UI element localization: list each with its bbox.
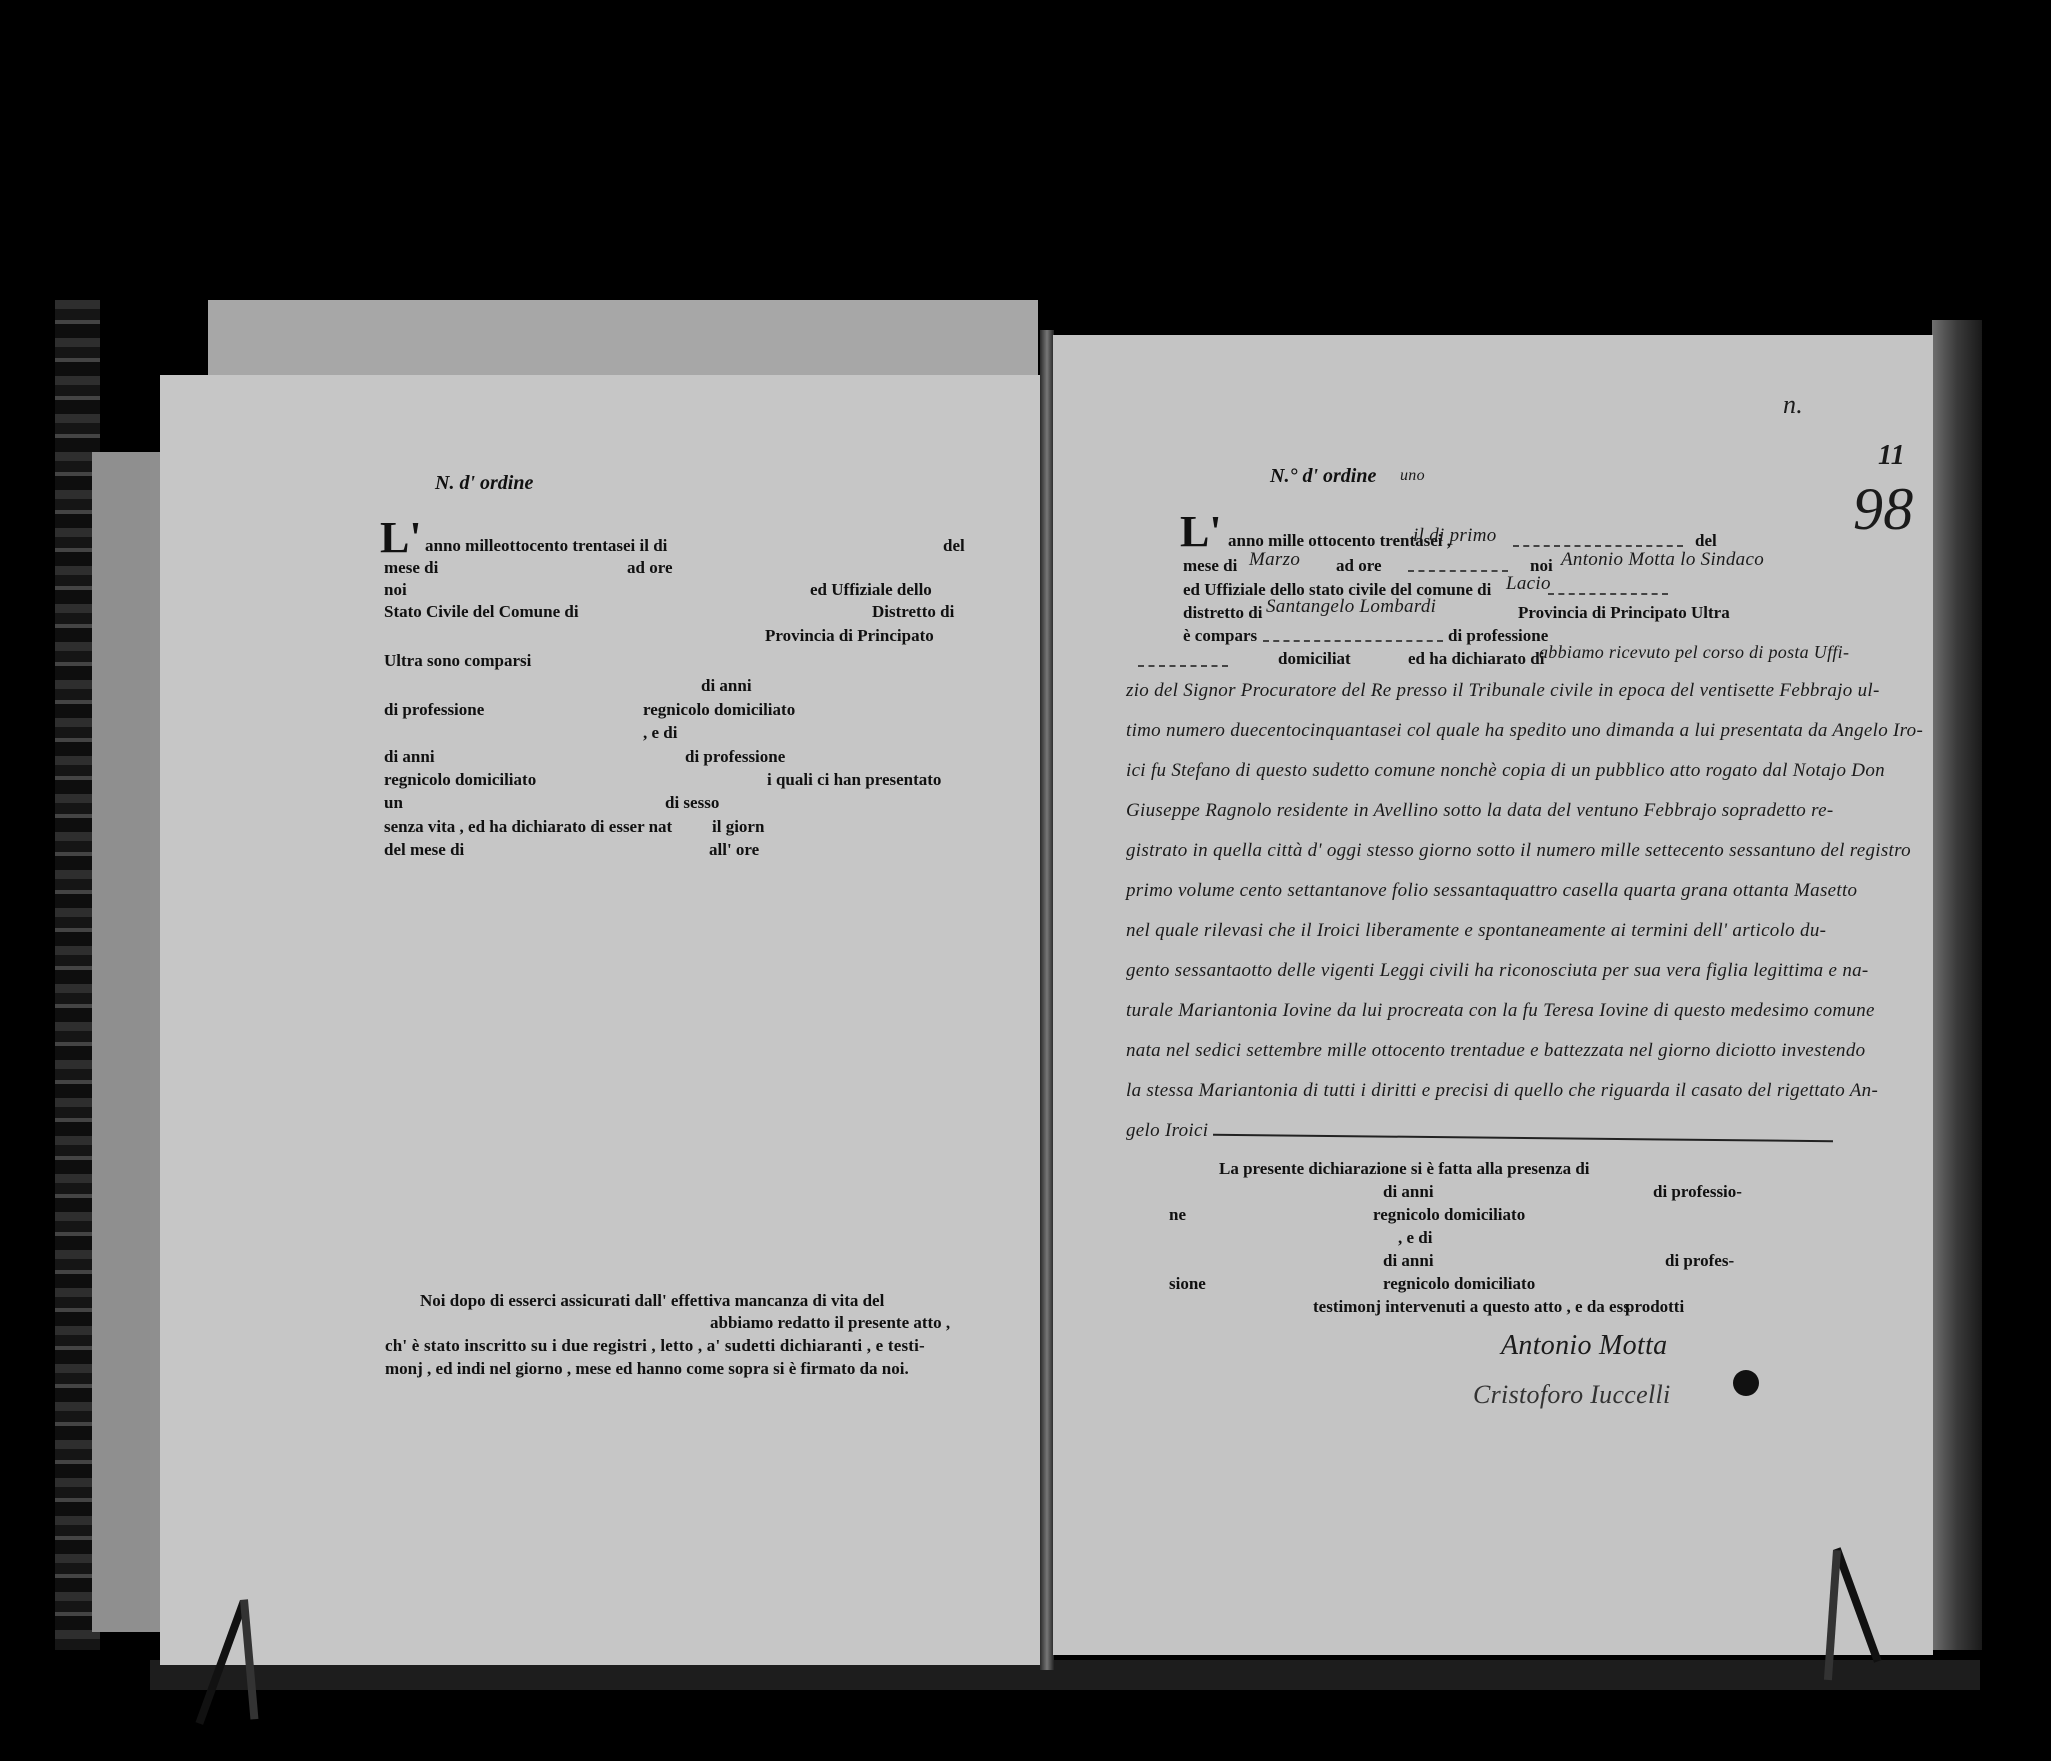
witness-line: regnicolo domiciliato <box>1383 1273 1535 1295</box>
bookmark-ribbon <box>240 1599 258 1719</box>
form-line: anno milleottocento trentasei il di <box>425 535 667 557</box>
signature-mayor: Antonio Motta <box>1501 1330 1667 1362</box>
book-right-edge <box>1932 320 1982 1650</box>
form-printed: di professione <box>1448 625 1548 647</box>
form-hand: il di primo <box>1413 525 1497 547</box>
handwritten-line: Giuseppe Ragnolo residente in Avellino s… <box>1126 800 1834 822</box>
form-line: del <box>943 535 965 557</box>
form-line: senza vita , ed ha dichiarato di esser n… <box>384 816 672 838</box>
form-line: di sesso <box>665 792 719 814</box>
handwritten-line: zio del Signor Procuratore del Re presso… <box>1126 680 1880 702</box>
fill-dashes <box>1548 593 1668 595</box>
fill-dashes <box>1513 545 1683 547</box>
witness-line: di profes- <box>1665 1250 1734 1272</box>
closing-rule <box>1213 1134 1833 1142</box>
form-line: i quali ci han presentato <box>767 769 941 791</box>
right-page: n. 11 98 N.° d' ordine uno L' anno mille… <box>1053 335 1933 1655</box>
handwritten-line: timo numero duecentocinquantasei col qua… <box>1126 720 1923 742</box>
form-line: regnicolo domiciliato <box>384 769 536 791</box>
form-line: un <box>384 792 403 814</box>
witness-line: ne <box>1169 1204 1186 1226</box>
underlying-sheet-top <box>208 300 1038 385</box>
handwritten-line: gelo Iroici <box>1126 1120 1208 1142</box>
witness-line: testimonj intervenuti a questo atto , e … <box>1313 1296 1630 1318</box>
order-number-hand: uno <box>1400 467 1425 485</box>
witness-line: prodotti <box>1625 1296 1684 1318</box>
form-line: ad ore <box>627 557 673 579</box>
form-printed: Provincia di Principato Ultra <box>1518 602 1730 624</box>
fill-dashes <box>1408 570 1508 572</box>
form-line: Provincia di Principato <box>765 625 934 647</box>
form-line: di professione <box>384 699 484 721</box>
form-line: regnicolo domiciliato <box>643 699 795 721</box>
form-line: Distretto di <box>872 601 954 623</box>
right-page-heading: N.° d' ordine <box>1270 465 1376 488</box>
right-dropcap: L' <box>1180 512 1222 552</box>
form-line: noi <box>384 579 407 601</box>
witness-line: , e di <box>1398 1227 1432 1249</box>
witness-line: di anni <box>1383 1250 1434 1272</box>
handwritten-line: la stessa Mariantonia di tutti i diritti… <box>1126 1080 1878 1102</box>
form-line: del mese di <box>384 839 464 861</box>
form-hand: Santangelo Lombardi <box>1266 596 1436 618</box>
bookmark-ribbon <box>1833 1547 1882 1662</box>
closing-line: Noi dopo di esserci assicurati dall' eff… <box>420 1290 884 1312</box>
form-printed: distretto di <box>1183 602 1263 624</box>
form-line: di anni <box>701 675 752 697</box>
handwritten-line: gento sessantaotto delle vigenti Leggi c… <box>1126 960 1869 982</box>
form-printed: domiciliat <box>1278 648 1351 670</box>
form-line: Ultra sono comparsi <box>384 650 531 672</box>
form-printed: ad ore <box>1336 555 1382 577</box>
form-printed: ed ha dichiarato di <box>1408 648 1545 670</box>
form-printed: è compars <box>1183 625 1257 647</box>
handwritten-line: nata nel sedici settembre mille ottocent… <box>1126 1040 1865 1062</box>
form-line: il giorn <box>712 816 764 838</box>
witness-line: regnicolo domiciliato <box>1373 1204 1525 1226</box>
form-line: , e di <box>643 722 677 744</box>
left-dropcap: L' <box>380 518 422 558</box>
form-line: di anni <box>384 746 435 768</box>
handwritten-line: gistrato in quella città d' oggi stesso … <box>1126 840 1911 862</box>
closing-line: ch' è stato inscritto su i due registri … <box>385 1335 925 1357</box>
closing-line: monj , ed indi nel giorno , mese ed hann… <box>385 1358 909 1380</box>
form-line: di professione <box>685 746 785 768</box>
page-number-large: 98 <box>1853 475 1914 544</box>
form-line: Stato Civile del Comune di <box>384 601 579 623</box>
form-line: mese di <box>384 557 438 579</box>
ink-seal-icon <box>1733 1370 1759 1396</box>
page-number-small: 11 <box>1878 440 1905 472</box>
witness-line: sione <box>1169 1273 1206 1295</box>
corner-mark: n. <box>1783 390 1803 420</box>
bookmark-ribbon <box>196 1600 248 1725</box>
handwritten-line: turale Mariantonia Iovine da lui procrea… <box>1126 1000 1875 1022</box>
fill-dashes <box>1263 640 1443 642</box>
handwritten-line: nel quale rilevasi che il Iroici liberam… <box>1126 920 1826 942</box>
form-printed: mese di <box>1183 555 1237 577</box>
form-hand: Lacio <box>1506 573 1551 595</box>
form-line: all' ore <box>709 839 759 861</box>
witness-line: La presente dichiarazione si è fatta all… <box>1219 1158 1590 1180</box>
form-hand: Antonio Motta lo Sindaco <box>1561 549 1764 571</box>
handwritten-line: primo volume cento settantanove folio se… <box>1126 880 1857 902</box>
form-line: ed Uffiziale dello <box>810 579 932 601</box>
form-hand: abbiamo ricevuto pel corso di posta Uffi… <box>1539 642 1849 663</box>
witness-line: di professio- <box>1653 1181 1742 1203</box>
fill-dashes <box>1138 665 1228 667</box>
closing-line: abbiamo redatto il presente atto , <box>710 1312 950 1334</box>
form-hand: Marzo <box>1249 549 1300 571</box>
witness-line: di anni <box>1383 1181 1434 1203</box>
handwritten-line: ici fu Stefano di questo sudetto comune … <box>1126 760 1885 782</box>
left-page: N. d' ordine L' anno milleottocento tren… <box>160 375 1040 1665</box>
book-spine <box>1040 330 1054 1670</box>
underlying-sheet-left <box>92 452 162 1632</box>
left-page-heading: N. d' ordine <box>435 472 533 495</box>
signature-witness: Cristoforo Iuccelli <box>1473 1380 1671 1410</box>
